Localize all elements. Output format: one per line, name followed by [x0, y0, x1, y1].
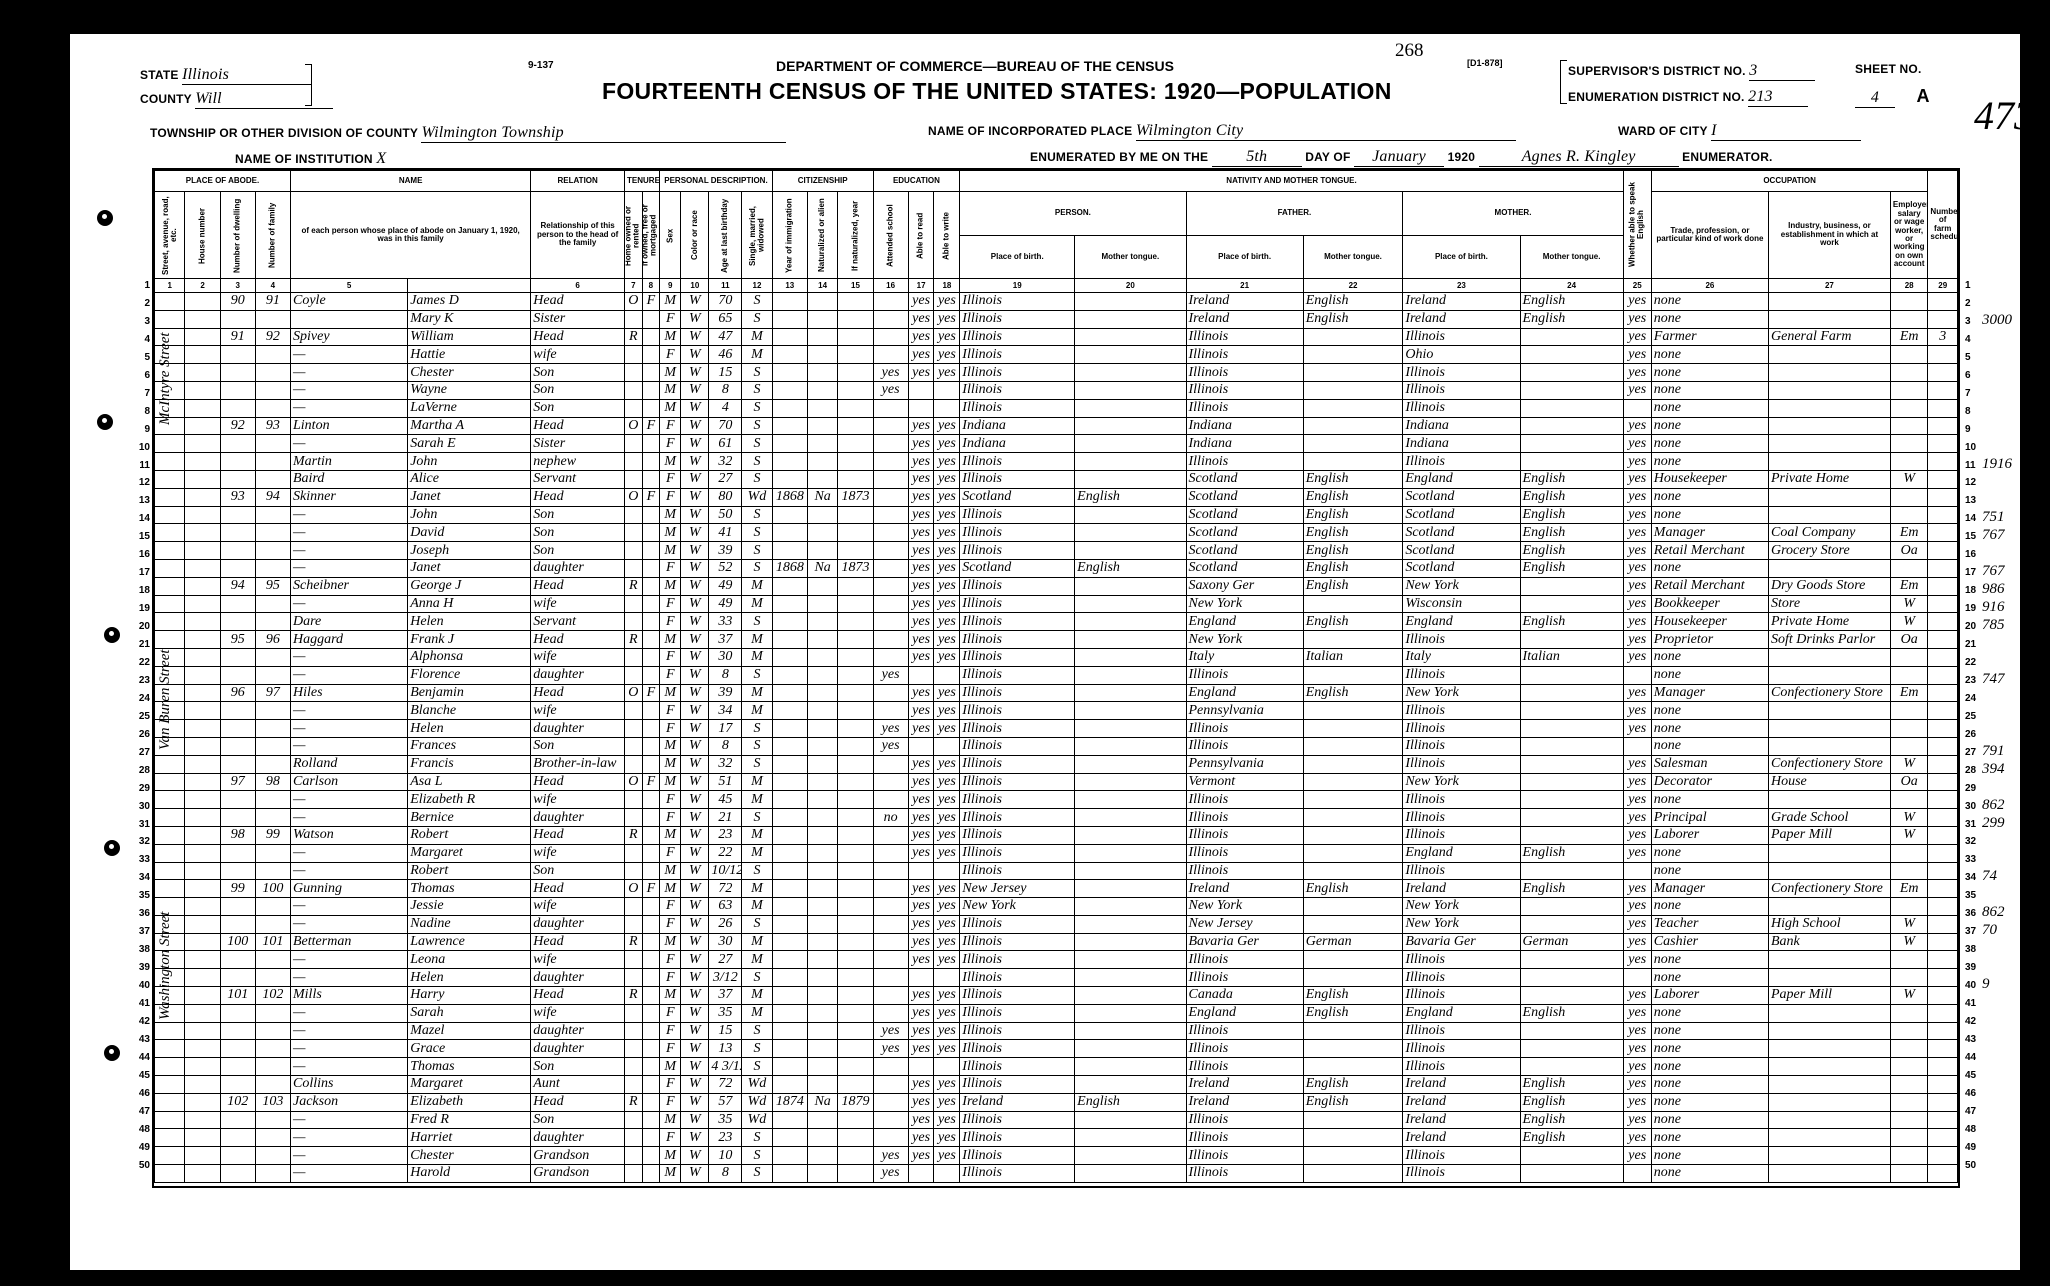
- cell-class: W: [1890, 915, 1928, 933]
- cell-natyr: [838, 613, 873, 631]
- table-row: —Anna HwifeFW49MyesyesIllinoisNew YorkWi…: [155, 595, 1958, 613]
- cell-surname: Carlson: [291, 773, 408, 791]
- cell-class: [1890, 364, 1928, 382]
- cell-marital: S: [742, 364, 773, 382]
- cell-trade: none: [1651, 435, 1768, 453]
- cell-m-tongue: English: [1520, 559, 1623, 577]
- cell-color: W: [681, 453, 709, 471]
- cell-industry: [1769, 1022, 1891, 1040]
- cell-industry: Confectionery Store: [1769, 684, 1891, 702]
- cell-family: [255, 1111, 290, 1129]
- line-number-right: 48: [1965, 1124, 1983, 1135]
- col-group-name: NAME: [291, 171, 531, 192]
- cell-school: yes: [873, 364, 908, 382]
- cell-free: [642, 1093, 660, 1111]
- cell-tenure: [625, 1058, 643, 1076]
- cell-surname: —: [291, 702, 408, 720]
- enumeration-district-value: 213: [1748, 88, 1808, 107]
- cell-house: [185, 755, 220, 773]
- cell-industry: Dry Goods Store: [1769, 577, 1891, 595]
- table-row: 9798CarlsonAsa LHeadOFMW51MyesyesIllinoi…: [155, 773, 1958, 791]
- column-numbers-row: 1234567891011121314151617181920212223242…: [155, 279, 1958, 293]
- cell-tenure: [625, 1040, 643, 1058]
- cell-surname: Dare: [291, 613, 408, 631]
- cell-imm: [772, 506, 807, 524]
- cell-class: [1890, 1076, 1928, 1094]
- cell-m-tongue: English: [1520, 1111, 1623, 1129]
- cell-natyr: [838, 773, 873, 791]
- cell-school: [873, 969, 908, 987]
- cell-marital: S: [742, 381, 773, 399]
- cell-f-pob: New York: [1186, 898, 1303, 916]
- cell-family: [255, 1058, 290, 1076]
- cell-nat: [807, 1076, 837, 1094]
- cell-read: yes: [908, 1076, 934, 1094]
- cell-m-pob: Scotland: [1403, 542, 1520, 560]
- cell-m-tongue: English: [1520, 880, 1623, 898]
- cell-farm: [1928, 755, 1958, 773]
- cell-given: James D: [408, 293, 531, 311]
- cell-read: [908, 969, 934, 987]
- cell-nat: [807, 542, 837, 560]
- cell-dwelling: 94: [220, 577, 255, 595]
- cell-pob: Illinois: [960, 310, 1075, 328]
- column-number: 4: [255, 279, 290, 293]
- cell-free: [642, 595, 660, 613]
- cell-surname: —: [291, 595, 408, 613]
- cell-surname: —: [291, 364, 408, 382]
- cell-f-tongue: [1303, 364, 1403, 382]
- cell-surname: —: [291, 524, 408, 542]
- cell-sex: M: [660, 1165, 681, 1183]
- cell-house: [185, 826, 220, 844]
- cell-trade: none: [1651, 1129, 1768, 1147]
- cell-surname: —: [291, 862, 408, 880]
- cell-marital: S: [742, 559, 773, 577]
- cell-f-pob: Illinois: [1186, 1129, 1303, 1147]
- cell-relation: Sister: [531, 310, 625, 328]
- line-number-right: 12: [1965, 477, 1983, 488]
- cell-read: yes: [908, 791, 934, 809]
- cell-sex: M: [660, 773, 681, 791]
- cell-m-pob: England: [1403, 470, 1520, 488]
- cell-given: Margaret: [408, 844, 531, 862]
- cell-sex: M: [660, 1111, 681, 1129]
- cell-nat: Na: [807, 559, 837, 577]
- cell-imm: [772, 328, 807, 346]
- cell-sex: M: [660, 1147, 681, 1165]
- line-number-right: 37: [1965, 926, 1983, 937]
- cell-class: [1890, 969, 1928, 987]
- cell-sex: F: [660, 595, 681, 613]
- cell-street: [155, 1093, 185, 1111]
- cell-sex: M: [660, 737, 681, 755]
- cell-house: [185, 1058, 220, 1076]
- line-number-left: 41: [132, 998, 150, 1009]
- cell-school: yes: [873, 1022, 908, 1040]
- cell-given: Sarah: [408, 1004, 531, 1022]
- cell-age: 21: [709, 809, 742, 827]
- cell-m-tongue: English: [1520, 293, 1623, 311]
- cell-m-tongue: [1520, 755, 1623, 773]
- cell-natyr: [838, 755, 873, 773]
- cell-pob: Illinois: [960, 844, 1075, 862]
- cell-tenure: [625, 844, 643, 862]
- cell-school: [873, 1129, 908, 1147]
- cell-nat: Na: [807, 488, 837, 506]
- cell-eng: yes: [1623, 915, 1651, 933]
- cell-given: Chester: [408, 1147, 531, 1165]
- cell-write: yes: [934, 880, 960, 898]
- cell-eng: yes: [1623, 364, 1651, 382]
- ward-field: WARD OF CITY I: [1618, 122, 1861, 141]
- cell-m-tongue: English: [1520, 844, 1623, 862]
- line-number-right: 18: [1965, 585, 1983, 596]
- cell-pob: Illinois: [960, 1147, 1075, 1165]
- cell-natyr: [838, 577, 873, 595]
- cell-f-tongue: German: [1303, 933, 1403, 951]
- cell-nat: [807, 1165, 837, 1183]
- cell-tenure: [625, 364, 643, 382]
- cell-free: [642, 1058, 660, 1076]
- cell-given: George J: [408, 577, 531, 595]
- cell-free: [642, 933, 660, 951]
- cell-read: yes: [908, 755, 934, 773]
- cell-class: [1890, 488, 1928, 506]
- table-row: 9192SpiveyWilliamHeadRMW47MyesyesIllinoi…: [155, 328, 1958, 346]
- cell-nat: [807, 1040, 837, 1058]
- cell-m-tongue: [1520, 826, 1623, 844]
- cell-read: [908, 666, 934, 684]
- cell-imm: [772, 1147, 807, 1165]
- cell-dwelling: [220, 613, 255, 631]
- cell-m-pob: Illinois: [1403, 1040, 1520, 1058]
- cell-tenure: [625, 809, 643, 827]
- cell-pob: Illinois: [960, 595, 1075, 613]
- cell-street: [155, 293, 185, 311]
- table-row: —WayneSonMW8SyesIllinoisIllinoisIllinois…: [155, 381, 1958, 399]
- cell-eng: [1623, 862, 1651, 880]
- cell-relation: Son: [531, 1111, 625, 1129]
- cell-color: W: [681, 470, 709, 488]
- cell-sex: M: [660, 399, 681, 417]
- cell-trade: Bookkeeper: [1651, 595, 1768, 613]
- cell-pob: Illinois: [960, 1111, 1075, 1129]
- district-bracket: [1560, 60, 1567, 104]
- cell-eng: yes: [1623, 898, 1651, 916]
- cell-imm: [772, 862, 807, 880]
- col-free-mortgaged: If owned, free or mortgaged: [642, 192, 660, 279]
- line-number-right: 1: [1965, 280, 1983, 291]
- cell-nat: [807, 293, 837, 311]
- cell-given: LaVerne: [408, 399, 531, 417]
- col-naturalized: Naturalized or alien: [807, 192, 837, 279]
- cell-age: 47: [709, 328, 742, 346]
- cell-farm: [1928, 648, 1958, 666]
- line-number-left: 39: [132, 962, 150, 973]
- cell-f-pob: England: [1186, 684, 1303, 702]
- cell-sex: F: [660, 809, 681, 827]
- cell-natyr: [838, 506, 873, 524]
- cell-m-tongue: [1520, 435, 1623, 453]
- cell-family: [255, 506, 290, 524]
- cell-class: [1890, 435, 1928, 453]
- cell-free: F: [642, 773, 660, 791]
- cell-nat: [807, 648, 837, 666]
- cell-class: [1890, 648, 1928, 666]
- line-number-left: 38: [132, 944, 150, 955]
- cell-marital: M: [742, 346, 773, 364]
- cell-school: [873, 826, 908, 844]
- cell-f-pob: Illinois: [1186, 453, 1303, 471]
- cell-free: [642, 453, 660, 471]
- cell-school: yes: [873, 1040, 908, 1058]
- cell-marital: S: [742, 915, 773, 933]
- cell-given: Asa L: [408, 773, 531, 791]
- cell-farm: [1928, 613, 1958, 631]
- cell-sex: F: [660, 559, 681, 577]
- cell-dwelling: [220, 381, 255, 399]
- cell-m-tongue: [1520, 417, 1623, 435]
- cell-surname: Gunning: [291, 880, 408, 898]
- cell-family: [255, 702, 290, 720]
- line-number-left: 49: [132, 1142, 150, 1153]
- cell-age: 15: [709, 1022, 742, 1040]
- cell-pob: Illinois: [960, 1058, 1075, 1076]
- cell-class: [1890, 666, 1928, 684]
- cell-sex: M: [660, 826, 681, 844]
- cell-age: 49: [709, 595, 742, 613]
- cell-family: 101: [255, 933, 290, 951]
- cell-surname: —: [291, 809, 408, 827]
- cell-f-tongue: English: [1303, 310, 1403, 328]
- cell-given: Mazel: [408, 1022, 531, 1040]
- cell-street: [155, 969, 185, 987]
- cell-read: yes: [908, 720, 934, 738]
- cell-pob: Illinois: [960, 773, 1075, 791]
- cell-relation: daughter: [531, 666, 625, 684]
- cell-nat: [807, 524, 837, 542]
- cell-relation: Head: [531, 417, 625, 435]
- cell-school: [873, 702, 908, 720]
- cell-farm: [1928, 453, 1958, 471]
- cell-read: [908, 737, 934, 755]
- cell-sex: F: [660, 435, 681, 453]
- cell-house: [185, 862, 220, 880]
- cell-street: [155, 987, 185, 1005]
- cell-eng: yes: [1623, 1111, 1651, 1129]
- cell-marital: M: [742, 898, 773, 916]
- cell-imm: [772, 470, 807, 488]
- line-number-right: 45: [1965, 1070, 1983, 1081]
- cell-trade: none: [1651, 1165, 1768, 1183]
- col-father-tongue: Mother tongue.: [1303, 235, 1403, 279]
- cell-age: 39: [709, 684, 742, 702]
- cell-family: [255, 1004, 290, 1022]
- cell-natyr: [838, 684, 873, 702]
- cell-tongue: [1075, 310, 1186, 328]
- cell-school: yes: [873, 1165, 908, 1183]
- cell-f-tongue: English: [1303, 1004, 1403, 1022]
- cell-tongue: [1075, 613, 1186, 631]
- cell-free: [642, 470, 660, 488]
- cell-marital: M: [742, 844, 773, 862]
- cell-dwelling: [220, 951, 255, 969]
- cell-imm: [772, 1111, 807, 1129]
- cell-read: yes: [908, 773, 934, 791]
- cell-given: Florence: [408, 666, 531, 684]
- cell-pob: Illinois: [960, 826, 1075, 844]
- cell-farm: [1928, 791, 1958, 809]
- cell-relation: Head: [531, 933, 625, 951]
- cell-imm: [772, 844, 807, 862]
- cell-age: 70: [709, 293, 742, 311]
- cell-read: yes: [908, 809, 934, 827]
- cell-school: [873, 862, 908, 880]
- cell-given: Benjamin: [408, 684, 531, 702]
- cell-family: 102: [255, 987, 290, 1005]
- cell-trade: Laborer: [1651, 987, 1768, 1005]
- cell-relation: Head: [531, 987, 625, 1005]
- cell-read: yes: [908, 595, 934, 613]
- cell-imm: [772, 417, 807, 435]
- cell-nat: [807, 969, 837, 987]
- line-number-left: 27: [132, 747, 150, 758]
- cell-industry: [1769, 898, 1891, 916]
- cell-sex: M: [660, 524, 681, 542]
- cell-color: W: [681, 933, 709, 951]
- cell-family: 103: [255, 1093, 290, 1111]
- cell-trade: none: [1651, 364, 1768, 382]
- cell-f-pob: Illinois: [1186, 951, 1303, 969]
- cell-trade: none: [1651, 559, 1768, 577]
- table-row: —MazeldaughterFW15SyesyesyesIllinoisIlli…: [155, 1022, 1958, 1040]
- cell-marital: S: [742, 720, 773, 738]
- binding-hole-icon: [104, 627, 120, 643]
- line-number-left: 3: [132, 316, 150, 327]
- cell-nat: [807, 506, 837, 524]
- cell-house: [185, 880, 220, 898]
- cell-write: [934, 1058, 960, 1076]
- col-write: Able to write: [934, 192, 960, 279]
- table-row: —BlanchewifeFW34MyesyesIllinoisPennsylva…: [155, 702, 1958, 720]
- cell-tenure: [625, 1004, 643, 1022]
- cell-class: [1890, 506, 1928, 524]
- line-number-left: 42: [132, 1016, 150, 1027]
- cell-farm: [1928, 577, 1958, 595]
- cell-industry: [1769, 648, 1891, 666]
- cell-nat: [807, 310, 837, 328]
- cell-tongue: [1075, 737, 1186, 755]
- cell-relation: Aunt: [531, 1076, 625, 1094]
- cell-pob: Illinois: [960, 915, 1075, 933]
- cell-surname: Hiles: [291, 684, 408, 702]
- cell-natyr: [838, 381, 873, 399]
- cell-tongue: English: [1075, 1093, 1186, 1111]
- cell-given: Frances: [408, 737, 531, 755]
- cell-write: yes: [934, 1040, 960, 1058]
- line-number-right: 50: [1965, 1160, 1983, 1171]
- cell-house: [185, 506, 220, 524]
- cell-industry: [1769, 506, 1891, 524]
- cell-tongue: [1075, 648, 1186, 666]
- line-number-right: 41: [1965, 998, 1983, 1009]
- cell-f-pob: England: [1186, 1004, 1303, 1022]
- cell-trade: none: [1651, 1040, 1768, 1058]
- cell-trade: none: [1651, 648, 1768, 666]
- cell-imm: [772, 595, 807, 613]
- cell-m-tongue: English: [1520, 1076, 1623, 1094]
- cell-color: W: [681, 435, 709, 453]
- cell-dwelling: [220, 346, 255, 364]
- cell-free: [642, 898, 660, 916]
- cell-free: [642, 720, 660, 738]
- cell-f-tongue: [1303, 1165, 1403, 1183]
- cell-color: W: [681, 577, 709, 595]
- line-number-right: 5: [1965, 352, 1983, 363]
- cell-marital: S: [742, 293, 773, 311]
- cell-dwelling: [220, 915, 255, 933]
- line-number-left: 32: [132, 836, 150, 847]
- cell-sex: M: [660, 880, 681, 898]
- cell-eng: yes: [1623, 1129, 1651, 1147]
- cell-street: [155, 1111, 185, 1129]
- cell-trade: Housekeeper: [1651, 613, 1768, 631]
- cell-house: [185, 346, 220, 364]
- line-number-right: 8: [1965, 406, 1983, 417]
- cell-read: yes: [908, 933, 934, 951]
- cell-tenure: [625, 791, 643, 809]
- cell-street: [155, 844, 185, 862]
- cell-school: [873, 399, 908, 417]
- cell-sex: F: [660, 1076, 681, 1094]
- cell-sex: F: [660, 1129, 681, 1147]
- cell-read: yes: [908, 844, 934, 862]
- cell-surname: Spivey: [291, 328, 408, 346]
- cell-surname: —: [291, 1004, 408, 1022]
- cell-age: 23: [709, 1129, 742, 1147]
- cell-house: [185, 328, 220, 346]
- cell-pob: Illinois: [960, 1076, 1075, 1094]
- cell-trade: none: [1651, 1058, 1768, 1076]
- cell-m-pob: Illinois: [1403, 364, 1520, 382]
- cell-marital: Wd: [742, 1076, 773, 1094]
- cell-f-tongue: English: [1303, 524, 1403, 542]
- cell-pob: Illinois: [960, 737, 1075, 755]
- cell-f-pob: Ireland: [1186, 293, 1303, 311]
- cell-house: [185, 559, 220, 577]
- cell-read: yes: [908, 1129, 934, 1147]
- col-relation-desc: Relationship of this person to the head …: [531, 192, 625, 279]
- cell-house: [185, 293, 220, 311]
- cell-f-tongue: Italian: [1303, 648, 1403, 666]
- cell-read: yes: [908, 826, 934, 844]
- cell-f-tongue: [1303, 1111, 1403, 1129]
- line-number-right: 7: [1965, 388, 1983, 399]
- cell-read: yes: [908, 1147, 934, 1165]
- cell-marital: S: [742, 613, 773, 631]
- cell-free: [642, 1129, 660, 1147]
- cell-write: yes: [934, 1147, 960, 1165]
- cell-trade: none: [1651, 1022, 1768, 1040]
- cell-farm: [1928, 915, 1958, 933]
- cell-m-tongue: [1520, 951, 1623, 969]
- cell-f-pob: Ireland: [1186, 880, 1303, 898]
- cell-marital: S: [742, 1129, 773, 1147]
- cell-write: yes: [934, 453, 960, 471]
- cell-trade: Salesman: [1651, 755, 1768, 773]
- cell-natyr: [838, 969, 873, 987]
